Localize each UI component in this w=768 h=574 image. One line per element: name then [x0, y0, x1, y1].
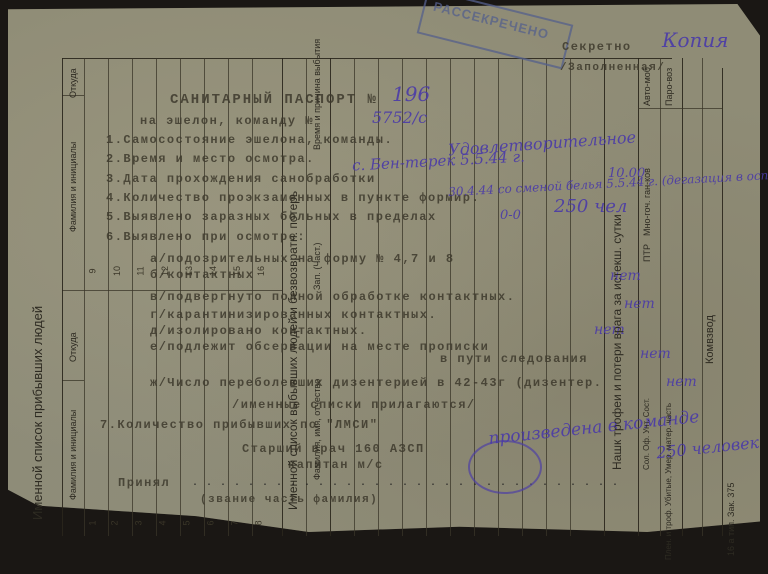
subitem-v: в/подвергнуто полной обработке контактны… [150, 290, 515, 304]
col-header-zap: Зап. (Част.) [312, 243, 322, 290]
col-header-commander: Комвзвод [704, 315, 716, 364]
title-number: 196 [392, 82, 430, 106]
hw-nil-2: нет [624, 296, 655, 312]
accepted-dotted-line: ............................... [192, 478, 626, 489]
hw-nil-5: нет [666, 374, 697, 390]
signature-mark [468, 440, 542, 494]
col-header-soldiers: Сол. Оф. Унт. Сост. [642, 398, 651, 470]
col-header-locomotive: Паро-воз [664, 68, 674, 106]
item-1: 1.Самосостояние эшелона, команды. [106, 133, 393, 147]
document-title: САНИТАРНЫЙ ПАСПОРТ № [170, 92, 378, 108]
col-header-departed-list: Именной список выбывших людей и безвозвр… [286, 191, 300, 510]
col-header-fio: Фамилия, имя, отчество [312, 379, 322, 480]
item-7: 7.Количество прибывших по "ЛМСИ" [100, 418, 378, 432]
printer-mark: 16 а тип. Зак. 375 [726, 483, 736, 556]
left-margin-title: Именной список прибывших людей [30, 306, 45, 520]
col-header-prisoners: Плен. и троф. Убитые, Умер. матер. часть [664, 403, 673, 560]
col-header-ptr: ПТР [642, 244, 652, 262]
handwritten-copy-note: Копия [662, 28, 729, 52]
col-header-time-reason: Время и причина выбытия [312, 39, 322, 150]
subitem-e: е/подлежит обсервации на месте прописки [150, 340, 489, 354]
col-header-from-top: Откуда [68, 68, 78, 98]
subitem-d: д/изолировано контактных. [150, 324, 368, 338]
signer-title: Старший врач 160 АЗСП [242, 442, 425, 456]
signer-rank: капитан м/с [288, 458, 384, 472]
document-subtitle: на эшелон, команду № [140, 114, 314, 128]
hw-nil-4: нет [640, 346, 671, 362]
col-header-auto: Авто-моб. [642, 65, 652, 106]
col-header-guns: Мно-гоч. ган-ков [642, 168, 652, 236]
accepted-label: Принял [118, 476, 170, 490]
classification-label: Секретно [562, 40, 632, 54]
hw-zero: 0-0 [500, 208, 521, 223]
item-2: 2.Время и место осмотра. [106, 152, 315, 166]
col-header-from-bottom: Откуда [68, 332, 78, 362]
subitem-zh: ж/Число переболевших дизентерией в 42-43… [150, 376, 602, 390]
item-6: 6.Выявлено при осмотре: [106, 230, 306, 244]
col-header-trophies: Нашк трофеи и потери врага за истекш. су… [610, 214, 624, 470]
col-header-name-bottom: Фамилия и инициалы [68, 410, 78, 500]
col-header-name-top: Фамилия и инициалы [68, 142, 78, 232]
item-5: 5.Выявлено заразных больных в пределах [106, 210, 437, 224]
subitem-a: а/подозрительных на форму № 4,7 и 8 [150, 252, 455, 266]
title-number-sub: 5752/с [372, 108, 427, 127]
subitem-e-transit: в пути следования [440, 352, 588, 366]
subitem-lists-note: /именные списки прилагаются/ [232, 398, 476, 412]
item-3: 3.Дата прохождения санобработки [106, 172, 376, 186]
